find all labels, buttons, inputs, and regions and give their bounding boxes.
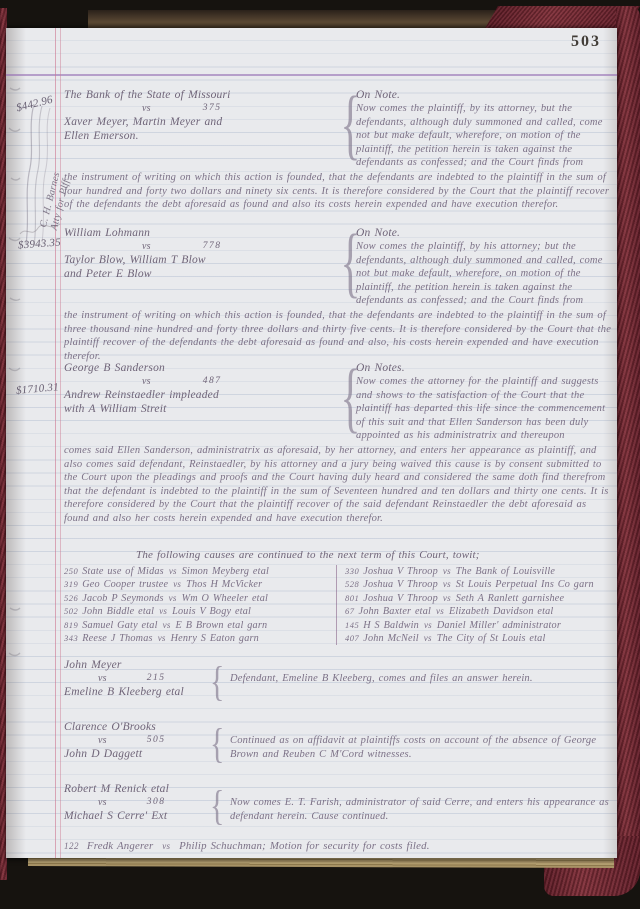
cause-row: 502John Biddle etalvsLouis V Bogy etal [64,605,336,618]
brace-glyph: { [210,786,225,828]
cause-defendant: E B Brown etal garn [176,620,268,631]
order-text-continuation: the instrument of writing on which this … [64,309,612,363]
cause-plaintiff: State use of Midas [82,566,164,577]
cause-plaintiff: John Biddle etal [82,606,154,617]
vs-line: vs 375 [64,102,340,115]
cause-defendant: Elizabeth Davidson etal [449,606,554,617]
cause-defendant: Louis V Bogy etal [172,606,251,617]
order-text-column: { On Note. Now comes the plaintiff, by h… [340,226,612,308]
order-text-column: { On Notes. Now comes the attorney for t… [340,361,612,443]
cause-row: 343Reese J ThomasvsHenry S Eaton garn [64,632,336,645]
vs-label: vs [163,620,171,630]
order-text: Continued as on affidavit at plaintiffs … [230,734,612,761]
vs-label: vs [169,566,177,576]
cause-number: 819 [64,620,78,630]
vs-label: vs [98,734,107,747]
case-caption: The Bank of the State of Missouri vs 375… [64,88,340,143]
order-text-column: { Now comes E. T. Farish, administrator … [212,782,612,823]
order-text: Now comes the attorney for the plaintiff… [356,375,612,443]
vs-label: vs [424,633,432,643]
vs-line: vs 487 [64,375,340,388]
case-number: 375 [203,102,222,115]
cause-number: 319 [64,579,78,589]
cause-plaintiff: Reese J Thomas [82,633,152,644]
cause-defendant: Wm O Wheeler etal [182,593,268,604]
cause-defendant: Thos H McVicker [186,579,262,590]
order-text-column: { On Note. Now comes the plaintiff, by i… [340,88,612,170]
cause-number: 67 [345,606,355,616]
cause-number: 145 [345,620,359,630]
cause-of-action: On Note. [356,226,612,240]
plaintiff-name: George B Sanderson [64,361,340,375]
bleedthrough-marks [6,68,22,688]
case-caption: William Lohmann vs 778 Taylor Blow, Will… [64,226,340,281]
cause-number: 502 [64,606,78,616]
order-text: Motion for security for costs filed. [270,840,430,852]
cause-number: 330 [345,566,359,576]
continued-causes-heading: The following causes are continued to th… [64,548,616,563]
cause-plaintiff: Samuel Gaty etal [82,620,157,631]
case-caption: John Meyer vs 215 Emeline B Kleeberg eta… [64,658,212,699]
cause-defendant: The City of St Louis etal [437,633,546,644]
plaintiff-name: Clarence O'Brooks [64,720,212,734]
vs-line: vs 308 [64,796,212,809]
defendant-name: Emeline B Kleeberg etal [64,685,212,699]
vs-label: vs [142,102,151,115]
vs-label: vs [158,633,166,643]
causes-left-column: 250State use of MidasvsSimon Meyberg eta… [64,565,336,645]
cause-row: 801Joshua V ThroopvsSeth A Ranlett garni… [345,592,609,605]
margin-rule-line [55,28,61,858]
vs-line: vs 505 [64,734,212,747]
vs-label: vs [169,593,177,603]
defendant-name: Ellen Emerson. [64,129,340,143]
vs-label: vs [424,620,432,630]
cause-number: 407 [345,633,359,643]
cause-plaintiff: John McNeil [363,633,419,644]
plaintiff-name: William Lohmann [64,226,340,240]
defendant-name: John D Daggett [64,747,212,761]
plaintiff-name: Robert M Renick etal [64,782,212,796]
case-number: 487 [203,375,222,388]
case-number: 215 [147,672,166,685]
entry-sanderson-v-reinstaedler: George B Sanderson vs 487 Andrew Reinsta… [64,361,612,526]
cause-of-action: On Note. [356,88,612,102]
defendant-name: with A William Streit [64,402,340,416]
defendant-name: and Peter E Blow [64,267,340,281]
cause-plaintiff: Joshua V Throop [363,566,438,577]
cause-row: 819Samuel Gaty etalvsE B Brown etal garn [64,619,336,632]
continued-causes-section: The following causes are continued to th… [64,548,616,645]
vs-line: vs 778 [64,240,340,253]
continued-causes-columns: 250State use of MidasvsSimon Meyberg eta… [64,565,616,645]
defendant-name: Xaver Meyer, Martin Meyer and [64,115,340,129]
cause-number: 250 [64,566,78,576]
order-text-continuation: comes said Ellen Sanderson, administratr… [64,444,612,526]
cause-plaintiff: Joshua V Throop [363,593,438,604]
cause-row: 407John McNeilvsThe City of St Louis eta… [345,632,609,645]
cause-of-action: On Notes. [356,361,612,375]
cause-row: 528Joshua V ThroopvsSt Louis Perpetual I… [345,578,609,591]
cause-number: 528 [345,579,359,589]
entry-meyer-v-kleeberg: John Meyer vs 215 Emeline B Kleeberg eta… [64,658,612,699]
cause-plaintiff: Geo Cooper trustee [82,579,168,590]
entry-angerer-v-schuchman: 122 Fredk Angerer vs Philip Schuchman; M… [64,840,430,852]
cause-row: 67John Baxter etalvsElizabeth Davidson e… [345,605,609,618]
order-text-column: { Defendant, Emeline B Kleeberg, comes a… [212,658,612,686]
cause-defendant: St Louis Perpetual Ins Co garn [456,579,594,590]
vs-label: vs [159,606,167,616]
cause-defendant: Seth A Ranlett garnishee [456,593,564,604]
vs-line: vs 215 [64,672,212,685]
case-number: 778 [203,240,222,253]
cause-row: 330Joshua V ThroopvsThe Bank of Louisvil… [345,565,609,578]
plaintiff-name: Fredk Angerer [87,840,153,852]
ledger-page: 503 $442.96 $3943.35 $1710.31 C. H. Barn… [6,28,617,858]
cause-plaintiff: Jacob P Seymonds [82,593,163,604]
leather-cover-right-edge [616,6,640,880]
order-text-column: { Continued as on affidavit at plaintiff… [212,720,612,761]
cause-plaintiff: H S Baldwin [363,620,419,631]
defendant-name: Michael S Cerre' Ext [64,809,212,823]
vs-label: vs [142,240,151,253]
defendant-name: Philip Schuchman; [179,840,266,852]
cause-defendant: The Bank of Louisville [456,566,555,577]
vs-label: vs [142,375,151,388]
cause-number: 343 [64,633,78,643]
vs-label: vs [98,672,107,685]
brace-glyph: { [210,724,225,766]
plaintiff-name: John Meyer [64,658,212,672]
header-rule-line [6,74,617,76]
judgment-amount-entry3: $1710.31 [16,381,60,397]
cause-number: 526 [64,593,78,603]
cause-defendant: Daniel Miller' administrator [437,620,561,631]
order-text: Now comes the plaintiff, by his attorney… [356,240,612,308]
vs-label: vs [443,579,451,589]
cause-row: 319Geo Cooper trusteevsThos H McVicker [64,578,336,591]
defendant-name: Taylor Blow, William T Blow [64,253,340,267]
causes-right-column: 330Joshua V ThroopvsThe Bank of Louisvil… [336,565,609,645]
brace-glyph: { [210,662,225,704]
case-number: 308 [147,796,166,809]
entry-bank-v-meyer: The Bank of the State of Missouri vs 375… [64,88,612,212]
entry-lohmann-v-blow: William Lohmann vs 778 Taylor Blow, Will… [64,226,612,363]
page-number: 503 [571,33,601,51]
order-text: Defendant, Emeline B Kleeberg, comes and… [230,672,612,686]
defendant-name: Andrew Reinstaedler impleaded [64,388,340,402]
case-caption: Clarence O'Brooks vs 505 John D Daggett [64,720,212,761]
entry-renick-v-cerre: Robert M Renick etal vs 308 Michael S Ce… [64,782,612,823]
cause-plaintiff: John Baxter etal [359,606,432,617]
plaintiff-name: The Bank of the State of Missouri [64,88,340,102]
vs-label: vs [98,796,107,809]
judgment-amount-entry1: $442.96 [15,94,54,115]
cause-number: 801 [345,593,359,603]
cause-row: 145H S BaldwinvsDaniel Miller' administr… [345,619,609,632]
cause-defendant: Henry S Eaton garn [171,633,259,644]
case-number: 122 [64,841,79,851]
order-text-continuation: the instrument of writing on which this … [64,171,612,212]
brace-glyph: { [341,360,361,438]
vs-label: vs [162,841,170,851]
vs-label: vs [173,579,181,589]
case-number: 505 [147,734,166,747]
brace-glyph: { [341,225,361,303]
cause-row: 526Jacob P SeymondsvsWm O Wheeler etal [64,592,336,605]
vs-label: vs [443,593,451,603]
cause-plaintiff: Joshua V Throop [363,579,438,590]
vs-label: vs [436,606,444,616]
case-caption: Robert M Renick etal vs 308 Michael S Ce… [64,782,212,823]
cause-row: 250State use of MidasvsSimon Meyberg eta… [64,565,336,578]
entry-obrooks-v-daggett: Clarence O'Brooks vs 505 John D Daggett … [64,720,612,761]
order-text: Now comes E. T. Farish, administrator of… [230,796,612,823]
case-caption: George B Sanderson vs 487 Andrew Reinsta… [64,361,340,416]
vs-label: vs [443,566,451,576]
scanned-court-record-photo: { "labels": { "vs": "vs" }, "page_number… [0,0,640,909]
order-text: Now comes the plaintiff, by its attorney… [356,102,612,170]
cause-defendant: Simon Meyberg etal [182,566,269,577]
brace-glyph: { [341,87,361,165]
